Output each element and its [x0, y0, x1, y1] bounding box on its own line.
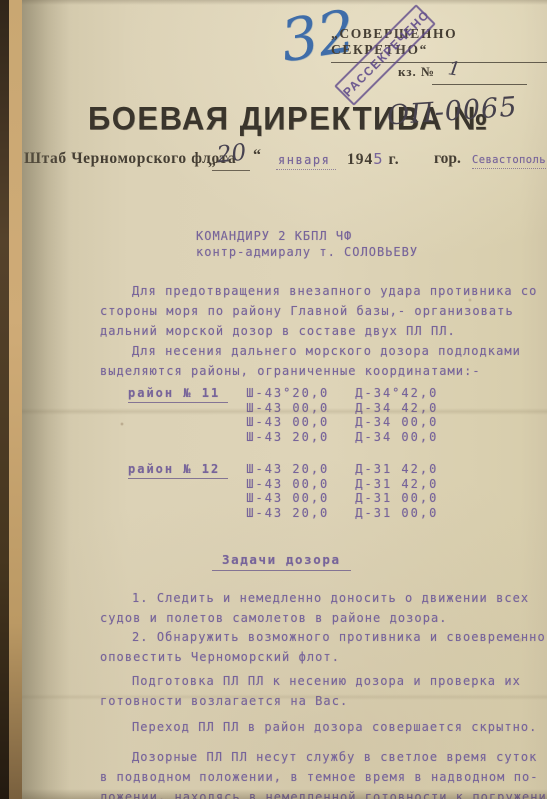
date-year-digit: 5 [373, 150, 383, 168]
task-item-1: 1. Следить и немедленно доносить о движе… [100, 588, 547, 628]
page-bottom-shadow [0, 789, 547, 799]
underlying-page-edge [9, 0, 22, 799]
para-areas-intro: Для несения дальнего морского дозора под… [100, 341, 547, 381]
copy-number-value: 1 [447, 57, 462, 80]
coord-lon: Д-31 00,0 [355, 491, 438, 506]
coord-lat: Ш-43°20,0 [246, 386, 329, 401]
para-transit: Переход ПЛ ПЛ в район дозора совершается… [100, 717, 547, 737]
para-preparation: Подготовка ПЛ ПЛ к несению дозора и пров… [100, 671, 547, 711]
coord-lat: Ш-43 20,0 [246, 430, 329, 445]
coord-lon: Д-34 00,0 [355, 415, 438, 430]
patrol-area-11-block: район № 11 Ш-43°20,0Д-34°42,0 Ш-43 00,0Д… [128, 386, 438, 444]
coord-lat: Ш-43 00,0 [246, 415, 329, 430]
directive-document-page: 32 „СОВЕРШЕННО СЕКРЕТНО“ РАССЕКРЕЧЕНО кз… [0, 0, 547, 799]
date-year-suffix: г. [384, 151, 400, 168]
coord-row: Ш-43 00,0Д-31 00,0 [246, 491, 438, 506]
area-12-label: район № 12 [128, 462, 228, 479]
tasks-section-heading: Задачи дозора [212, 552, 351, 571]
coord-lon: Д-34 00,0 [355, 430, 438, 445]
city-name: Севастополь [472, 154, 546, 169]
patrol-area-12-block: район № 12 Ш-43 20,0Д-31 42,0 Ш-43 00,0Д… [128, 462, 438, 520]
date-year-prefix: 194 [347, 151, 373, 168]
copy-number-label: кз. № [398, 64, 435, 80]
addressee-block: КОМАНДИРУ 2 КБПЛ ЧФ контр-адмиралу т. СО… [196, 228, 418, 260]
coord-lat: Ш-43 20,0 [246, 506, 329, 521]
coord-row: Ш-43°20,0Д-34°42,0 [246, 386, 438, 401]
coord-lon: Д-31 42,0 [355, 477, 438, 492]
para-intro: Для предотвращения внезапного удара прот… [100, 281, 547, 341]
copy-number-line [432, 84, 527, 85]
coord-lon: Д-31 00,0 [355, 506, 438, 521]
paper-crease [0, 694, 547, 700]
area-11-label: район № 11 [128, 386, 228, 403]
coord-row: Ш-43 00,0Д-34 00,0 [246, 415, 438, 430]
coord-row: Ш-43 20,0Д-31 42,0 [246, 462, 438, 477]
date-day-line [212, 170, 250, 171]
date-quote-open: „ [208, 152, 216, 170]
date-year: 1945 г. [347, 150, 400, 169]
city-label: гор. [434, 150, 461, 168]
date-quote-close: “ [253, 147, 261, 165]
coord-row: Ш-43 20,0Д-34 00,0 [246, 430, 438, 445]
area-11-coordinates: Ш-43°20,0Д-34°42,0 Ш-43 00,0Д-34 42,0 Ш-… [246, 386, 438, 444]
addressee-rank-name: контр-адмиралу т. СОЛОВЬЕВУ [196, 244, 418, 260]
date-day-handwritten: 20 [216, 140, 248, 169]
coord-lat: Ш-43 20,0 [246, 462, 329, 477]
page-curl-shadow [22, 0, 70, 799]
directive-number-handwritten: ОП-0065 [386, 91, 518, 131]
binding-edge [0, 0, 9, 799]
coord-lat: Ш-43 00,0 [246, 491, 329, 506]
page-top-shadow [0, 0, 547, 5]
paper-crease [0, 408, 547, 415]
addressee-unit: КОМАНДИРУ 2 КБПЛ ЧФ [196, 228, 418, 244]
coord-row: Ш-43 20,0Д-31 00,0 [246, 506, 438, 521]
area-12-coordinates: Ш-43 20,0Д-31 42,0 Ш-43 00,0Д-31 42,0 Ш-… [246, 462, 438, 520]
coord-row: Ш-43 00,0Д-31 42,0 [246, 477, 438, 492]
coord-lat: Ш-43 00,0 [246, 477, 329, 492]
date-month: января [276, 153, 336, 170]
coord-lon: Д-34°42,0 [355, 386, 438, 401]
task-item-2: 2. Обнаружить возможного противника и св… [100, 627, 547, 667]
coord-lon: Д-31 42,0 [355, 462, 438, 477]
